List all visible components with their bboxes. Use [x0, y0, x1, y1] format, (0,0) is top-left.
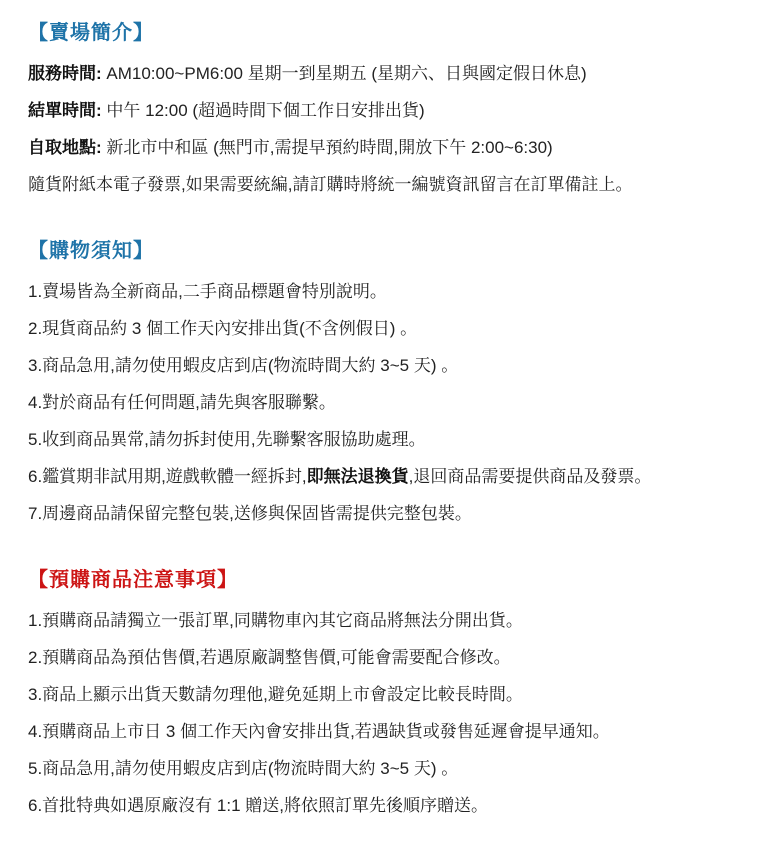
preorder-note-2-text: 2.預購商品為預估售價,若遇原廠調整售價,可能會需要配合修改。 — [28, 648, 511, 667]
invoice-note-text: 隨貨附紙本電子發票,如果需要統編,請訂購時將統一編號資訊留言在訂單備註上。 — [28, 175, 632, 194]
preorder-note-5: 5.商品急用,請勿使用蝦皮店到店(物流時間大約 3~5 天) 。 — [28, 760, 761, 778]
section-preorder-notes: 【預購商品注意事項】 1.預購商品請獨立一張訂單,同購物車內其它商品將無法分開出… — [28, 567, 761, 815]
section-heading-shopping-notes: 【購物須知】 — [28, 238, 761, 264]
intro-line-invoice-note: 隨貨附紙本電子發票,如果需要統編,請訂購時將統一編號資訊留言在訂單備註上。 — [28, 176, 761, 194]
shopping-note-5: 5.收到商品異常,請勿拆封使用,先聯繫客服協助處理。 — [28, 431, 761, 449]
shopping-note-2: 2.現貨商品約 3 個工作天內安排出貨(不含例假日) 。 — [28, 320, 761, 338]
preorder-note-3: 3.商品上顯示出貨天數請勿理他,避免延期上市會設定比較長時間。 — [28, 686, 761, 704]
preorder-note-4-text: 4.預購商品上市日 3 個工作天內會安排出貨,若遇缺貨或發售延遲會提早通知。 — [28, 722, 610, 741]
order-cutoff-label: 結單時間: — [28, 101, 102, 120]
shopping-note-2-text: 2.現貨商品約 3 個工作天內安排出貨(不含例假日) 。 — [28, 319, 417, 338]
shopping-note-4: 4.對於商品有任何問題,請先與客服聯繫。 — [28, 394, 761, 412]
shopping-note-7-text: 7.周邊商品請保留完整包裝,送修與保固皆需提供完整包裝。 — [28, 504, 472, 523]
shopping-note-6-pre: 6.鑑賞期非試用期,遊戲軟體一經拆封, — [28, 467, 307, 486]
preorder-note-4: 4.預購商品上市日 3 個工作天內會安排出貨,若遇缺貨或發售延遲會提早通知。 — [28, 723, 761, 741]
service-hours-value: AM10:00~PM6:00 星期一到星期五 (星期六、日與國定假日休息) — [102, 64, 587, 83]
shopping-note-1: 1.賣場皆為全新商品,二手商品標題會特別說明。 — [28, 283, 761, 301]
preorder-note-6-text: 6.首批特典如遇原廠沒有 1:1 贈送,將依照訂單先後順序贈送。 — [28, 796, 488, 815]
shopping-note-1-text: 1.賣場皆為全新商品,二手商品標題會特別說明。 — [28, 282, 387, 301]
preorder-note-1-text: 1.預購商品請獨立一張訂單,同購物車內其它商品將無法分開出貨。 — [28, 611, 523, 630]
section-shopping-notes: 【購物須知】 1.賣場皆為全新商品,二手商品標題會特別說明。 2.現貨商品約 3… — [28, 238, 761, 523]
shopping-note-7: 7.周邊商品請保留完整包裝,送修與保固皆需提供完整包裝。 — [28, 505, 761, 523]
preorder-note-5-text: 5.商品急用,請勿使用蝦皮店到店(物流時間大約 3~5 天) 。 — [28, 759, 458, 778]
store-description-page: 【賣場簡介】 服務時間: AM10:00~PM6:00 星期一到星期五 (星期六… — [0, 0, 769, 844]
preorder-note-2: 2.預購商品為預估售價,若遇原廠調整售價,可能會需要配合修改。 — [28, 649, 761, 667]
shopping-note-6: 6.鑑賞期非試用期,遊戲軟體一經拆封,即無法退換貨,退回商品需要提供商品及發票。 — [28, 468, 761, 486]
section-heading-preorder-notes: 【預購商品注意事項】 — [28, 567, 761, 593]
shopping-note-6-post: ,退回商品需要提供商品及發票。 — [409, 467, 652, 486]
pickup-location-value: 新北市中和區 (無門市,需提早預約時間,開放下午 2:00~6:30) — [102, 138, 553, 157]
shopping-note-4-text: 4.對於商品有任何問題,請先與客服聯繫。 — [28, 393, 336, 412]
section-heading-store-intro: 【賣場簡介】 — [28, 20, 761, 46]
section-store-intro: 【賣場簡介】 服務時間: AM10:00~PM6:00 星期一到星期五 (星期六… — [28, 20, 761, 194]
preorder-note-3-text: 3.商品上顯示出貨天數請勿理他,避免延期上市會設定比較長時間。 — [28, 685, 523, 704]
pickup-location-label: 自取地點: — [28, 138, 102, 157]
intro-line-order-cutoff: 結單時間: 中午 12:00 (超過時間下個工作日安排出貨) — [28, 102, 761, 120]
intro-line-pickup-location: 自取地點: 新北市中和區 (無門市,需提早預約時間,開放下午 2:00~6:30… — [28, 139, 761, 157]
intro-line-service-hours: 服務時間: AM10:00~PM6:00 星期一到星期五 (星期六、日與國定假日… — [28, 65, 761, 83]
order-cutoff-value: 中午 12:00 (超過時間下個工作日安排出貨) — [102, 101, 425, 120]
shopping-note-6-no-return-bold: 即無法退換貨 — [307, 467, 409, 486]
shopping-note-5-text: 5.收到商品異常,請勿拆封使用,先聯繫客服協助處理。 — [28, 430, 426, 449]
shopping-note-3: 3.商品急用,請勿使用蝦皮店到店(物流時間大約 3~5 天) 。 — [28, 357, 761, 375]
preorder-note-1: 1.預購商品請獨立一張訂單,同購物車內其它商品將無法分開出貨。 — [28, 612, 761, 630]
service-hours-label: 服務時間: — [28, 64, 102, 83]
shopping-note-3-text: 3.商品急用,請勿使用蝦皮店到店(物流時間大約 3~5 天) 。 — [28, 356, 458, 375]
preorder-note-6: 6.首批特典如遇原廠沒有 1:1 贈送,將依照訂單先後順序贈送。 — [28, 797, 761, 815]
